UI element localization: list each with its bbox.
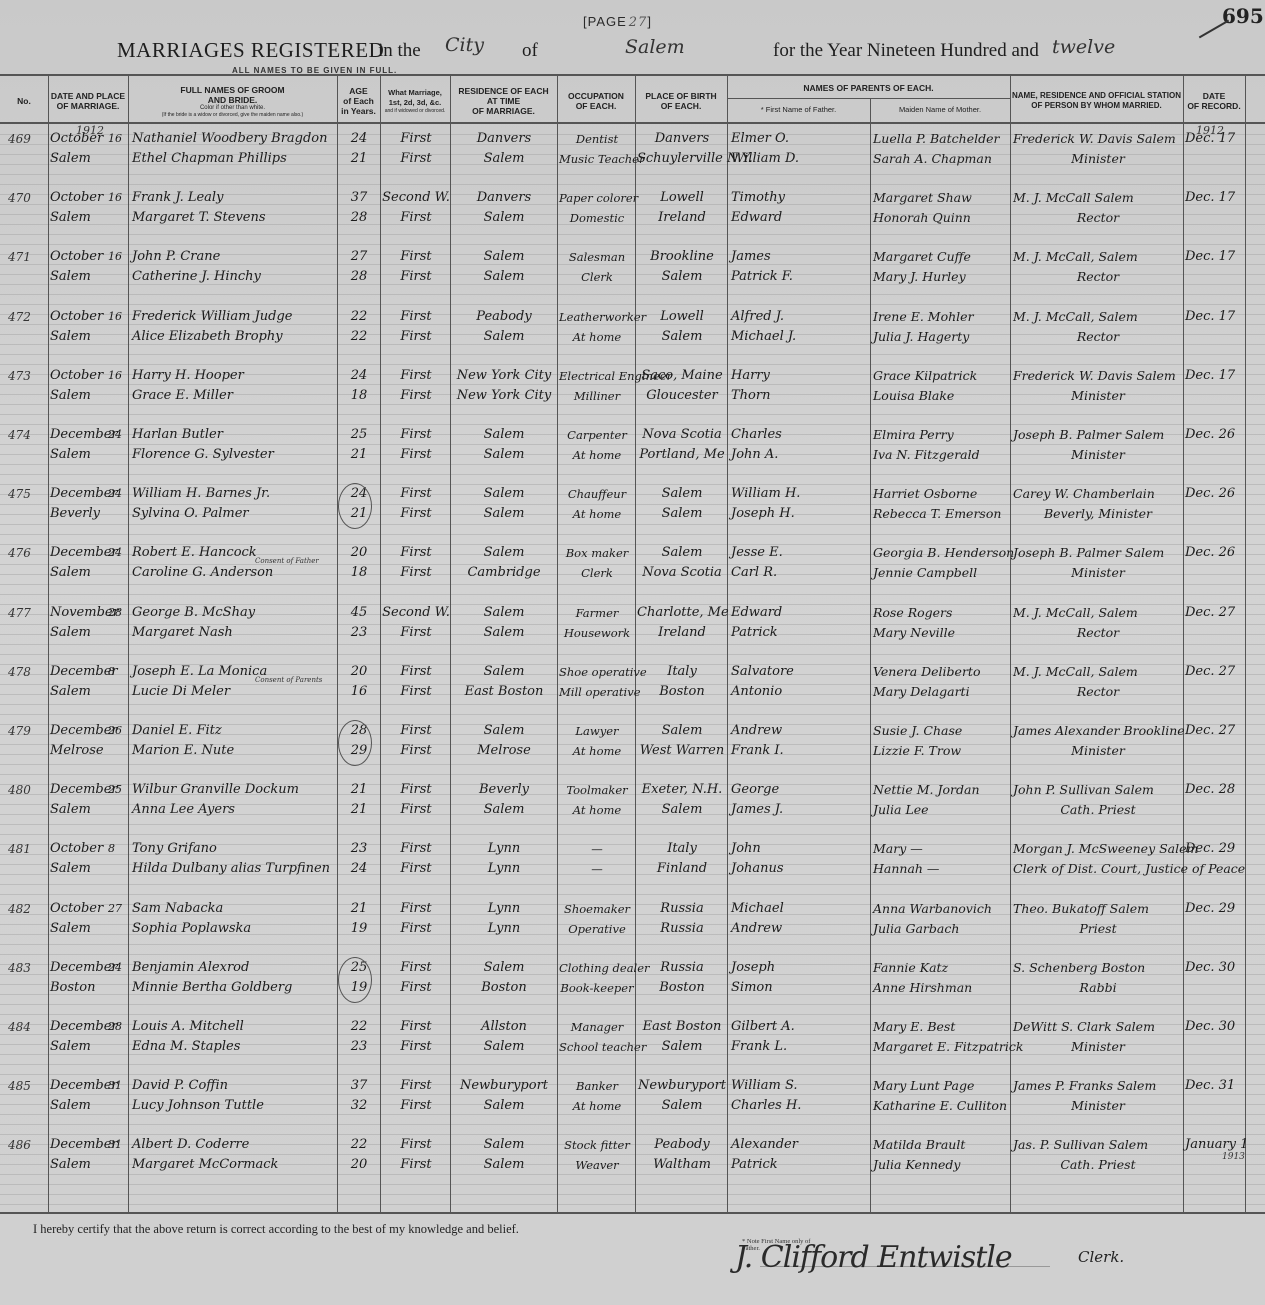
bride-mother: Louisa Blake bbox=[873, 385, 1010, 407]
ruled-line bbox=[0, 1194, 1265, 1195]
record-number: 472 bbox=[8, 306, 48, 328]
officiant-name: Jas. P. Sullivan Salem bbox=[1013, 1134, 1183, 1156]
bride-name: Margaret T. Stevens bbox=[132, 207, 337, 229]
groom-mother: Matilda Brault bbox=[873, 1134, 1010, 1156]
bride-occupation: At home bbox=[559, 740, 635, 762]
header-note: and if widowed or divorced. bbox=[385, 108, 446, 114]
bride-marriage-number: First bbox=[382, 977, 450, 999]
marriage-day: 24 bbox=[108, 957, 128, 979]
groom-birthplace: Russia bbox=[637, 957, 727, 979]
marriage-place: Salem bbox=[50, 1095, 126, 1117]
marriage-place: Salem bbox=[50, 326, 126, 348]
officiant-name: DeWitt S. Clark Salem bbox=[1013, 1016, 1183, 1038]
header-label: PLACE OF BIRTH bbox=[645, 91, 716, 101]
groom-residence: Salem bbox=[452, 542, 556, 564]
bride-name: Caroline G. Anderson bbox=[132, 562, 337, 584]
groom-occupation: Salesman bbox=[559, 246, 635, 268]
groom-occupation: Leatherworker bbox=[559, 306, 635, 328]
bride-marriage-number: First bbox=[382, 918, 450, 940]
bride-father: Patrick bbox=[731, 1154, 870, 1176]
table-row: 474December24SalemHarlan ButlerFlorence … bbox=[0, 420, 1265, 479]
bride-marriage-number: First bbox=[382, 799, 450, 821]
groom-occupation: Dentist bbox=[559, 128, 635, 150]
bride-age: 21 bbox=[342, 799, 376, 821]
officiant-name: James P. Franks Salem bbox=[1013, 1075, 1183, 1097]
bride-age: 23 bbox=[342, 1036, 376, 1058]
groom-father: Elmer O. bbox=[731, 128, 870, 150]
marriage-day: 24 bbox=[108, 542, 128, 564]
header-label: FULL NAMES OF GROOM bbox=[180, 85, 284, 95]
bride-father: Patrick bbox=[731, 622, 870, 644]
header-label: AGE bbox=[349, 86, 367, 96]
groom-father: Harry bbox=[731, 365, 870, 387]
groom-residence: Salem bbox=[452, 720, 556, 742]
bride-marriage-number: First bbox=[382, 326, 450, 348]
groom-name: William H. Barnes Jr. bbox=[132, 483, 337, 505]
groom-father: Michael bbox=[731, 898, 870, 920]
marriage-place: Melrose bbox=[50, 740, 126, 762]
bride-residence: Salem bbox=[452, 444, 556, 466]
certification-text: I hereby certify that the above return i… bbox=[33, 1222, 519, 1237]
bride-residence: Salem bbox=[452, 503, 556, 525]
groom-mother: Fannie Katz bbox=[873, 957, 1010, 979]
bride-name: Anna Lee Ayers bbox=[132, 799, 337, 821]
header-note: (If the bride is a widow or divorced, gi… bbox=[162, 112, 303, 118]
officiant-name: Carey W. Chamberlain bbox=[1013, 483, 1183, 505]
officiant-title: Beverly, Minister bbox=[1013, 503, 1183, 525]
register-table: No. DATE AND PLACE OF MARRIAGE. FULL NAM… bbox=[0, 74, 1265, 1214]
officiant-title: Minister bbox=[1013, 1095, 1183, 1117]
groom-father: Joseph bbox=[731, 957, 870, 979]
bride-mother: Julia Garbach bbox=[873, 918, 1010, 940]
groom-age: 45 bbox=[342, 602, 376, 624]
record-date: Dec. 31 bbox=[1185, 1075, 1245, 1097]
groom-marriage-number: Second W. bbox=[382, 602, 450, 624]
table-row: 482October27SalemSam NabackaSophia Popla… bbox=[0, 894, 1265, 953]
header-what-marriage: What Marriage, 1st, 2d, 3d, &c. and if w… bbox=[380, 82, 450, 120]
bride-marriage-number: First bbox=[382, 385, 450, 407]
groom-name: John P. Crane bbox=[132, 246, 337, 268]
bride-residence: Cambridge bbox=[452, 562, 556, 584]
bride-father: Antonio bbox=[731, 681, 870, 703]
bride-name: Margaret Nash bbox=[132, 622, 337, 644]
groom-age: 27 bbox=[342, 246, 376, 268]
officiant-title: Minister bbox=[1013, 148, 1183, 170]
header-birthplace: PLACE OF BIRTH OF EACH. bbox=[635, 82, 727, 120]
officiant-title: Minister bbox=[1013, 444, 1183, 466]
bride-mother: Julia Kennedy bbox=[873, 1154, 1010, 1176]
groom-father: Gilbert A. bbox=[731, 1016, 870, 1038]
bride-father: Frank I. bbox=[731, 740, 870, 762]
officiant-name: Joseph B. Palmer Salem bbox=[1013, 542, 1183, 564]
bride-mother: Margaret E. Fitzpatrick bbox=[873, 1036, 1010, 1058]
bride-residence: Salem bbox=[452, 148, 556, 170]
bride-residence: Salem bbox=[452, 207, 556, 229]
header-label: AND BRIDE. bbox=[208, 95, 258, 105]
officiant-name: M. J. McCall Salem bbox=[1013, 187, 1183, 209]
marriage-day: 31 bbox=[108, 1134, 128, 1156]
bride-marriage-number: First bbox=[382, 681, 450, 703]
bride-name: Sylvina O. Palmer bbox=[132, 503, 337, 525]
bride-birthplace: Ireland bbox=[637, 622, 727, 644]
bride-age: 23 bbox=[342, 622, 376, 644]
bride-marriage-number: First bbox=[382, 1036, 450, 1058]
bride-age: 22 bbox=[342, 326, 376, 348]
record-number: 477 bbox=[8, 602, 48, 624]
officiant-title: Rector bbox=[1013, 326, 1183, 348]
marriage-day: 25 bbox=[108, 779, 128, 801]
circled-ages-mark bbox=[338, 483, 372, 529]
officiant-name: Morgan J. McSweeney Salem bbox=[1013, 838, 1183, 860]
header-label: DATE AND PLACE bbox=[51, 91, 125, 101]
bride-residence: Lynn bbox=[452, 918, 556, 940]
record-date: Dec. 29 bbox=[1185, 838, 1245, 860]
record-date: Dec. 29 bbox=[1185, 898, 1245, 920]
bride-mother: Katharine E. Culliton bbox=[873, 1095, 1010, 1117]
record-number: 479 bbox=[8, 720, 48, 742]
bride-mother: Sarah A. Chapman bbox=[873, 148, 1010, 170]
groom-occupation: Carpenter bbox=[559, 424, 635, 446]
header-officiant: NAME, RESIDENCE AND OFFICIAL STATION OF … bbox=[1010, 82, 1183, 120]
record-number: 485 bbox=[8, 1075, 48, 1097]
marriage-day: 28 bbox=[108, 602, 128, 624]
header-note: Color if other than white. bbox=[200, 105, 265, 112]
marriage-place: Salem bbox=[50, 562, 126, 584]
bride-occupation: At home bbox=[559, 1095, 635, 1117]
page-label: [PAGE bbox=[583, 14, 627, 29]
bride-marriage-number: First bbox=[382, 740, 450, 762]
bride-occupation: Weaver bbox=[559, 1154, 635, 1176]
bride-residence: East Boston bbox=[452, 681, 556, 703]
groom-name: Albert D. Coderre bbox=[132, 1134, 337, 1156]
header-label: DATE bbox=[1203, 91, 1226, 101]
groom-mother: Irene E. Mohler bbox=[873, 306, 1010, 328]
bride-age: 32 bbox=[342, 1095, 376, 1117]
bride-birthplace: Salem bbox=[637, 1095, 727, 1117]
header-label: OF EACH. bbox=[576, 101, 617, 111]
marriage-day: 16 bbox=[108, 187, 128, 209]
groom-birthplace: Brookline bbox=[637, 246, 727, 268]
header-label: of Each bbox=[343, 96, 374, 106]
groom-residence: Salem bbox=[452, 246, 556, 268]
bride-residence: Salem bbox=[452, 622, 556, 644]
groom-marriage-number: First bbox=[382, 661, 450, 683]
bride-occupation: Book-keeper bbox=[559, 977, 635, 999]
record-date: Dec. 17 bbox=[1185, 306, 1245, 328]
header-label: 1st, 2d, 3d, &c. bbox=[389, 98, 442, 108]
header-father: * First Name of Father. bbox=[727, 100, 870, 120]
bride-birthplace: Portland, Me bbox=[637, 444, 727, 466]
bride-occupation: — bbox=[559, 858, 635, 880]
groom-mother: Grace Kilpatrick bbox=[873, 365, 1010, 387]
bride-mother: Julia Lee bbox=[873, 799, 1010, 821]
record-date: Dec. 17 bbox=[1185, 246, 1245, 268]
groom-father: James bbox=[731, 246, 870, 268]
bride-age: 20 bbox=[342, 1154, 376, 1176]
bride-father: Charles H. bbox=[731, 1095, 870, 1117]
bride-name: Edna M. Staples bbox=[132, 1036, 337, 1058]
groom-birthplace: Exeter, N.H. bbox=[637, 779, 727, 801]
groom-age: 25 bbox=[342, 424, 376, 446]
page-number: [PAGE27] bbox=[583, 14, 652, 30]
table-row: 480December25SalemWilbur Granville Docku… bbox=[0, 775, 1265, 834]
bride-marriage-number: First bbox=[382, 1154, 450, 1176]
bride-father: William D. bbox=[731, 148, 870, 170]
groom-mother: Georgia B. Henderson bbox=[873, 542, 1010, 564]
bride-birthplace: Salem bbox=[637, 503, 727, 525]
header-label: NAMES OF PARENTS OF EACH. bbox=[803, 83, 933, 93]
bride-residence: New York City bbox=[452, 385, 556, 407]
groom-residence: Danvers bbox=[452, 187, 556, 209]
groom-birthplace: Peabody bbox=[637, 1134, 727, 1156]
record-number: 478 bbox=[8, 661, 48, 683]
bride-occupation: Domestic bbox=[559, 207, 635, 229]
marriage-day: 28 bbox=[108, 1016, 128, 1038]
table-row: 484December28SalemLouis A. MitchellEdna … bbox=[0, 1012, 1265, 1071]
bride-birthplace: West Warren bbox=[637, 740, 727, 762]
header-no: No. bbox=[0, 82, 48, 120]
header-label: in Years. bbox=[341, 106, 376, 116]
groom-residence: Peabody bbox=[452, 306, 556, 328]
record-number: 486 bbox=[8, 1134, 48, 1156]
groom-birthplace: Italy bbox=[637, 838, 727, 860]
groom-marriage-number: First bbox=[382, 128, 450, 150]
groom-name: George B. McShay bbox=[132, 602, 337, 624]
bride-mother: Mary Delagarti bbox=[873, 681, 1010, 703]
groom-occupation: Paper colorer bbox=[559, 187, 635, 209]
bride-name: Florence G. Sylvester bbox=[132, 444, 337, 466]
marriage-place: Salem bbox=[50, 207, 126, 229]
bride-residence: Salem bbox=[452, 1036, 556, 1058]
groom-age: 22 bbox=[342, 1016, 376, 1038]
record-number: 483 bbox=[8, 957, 48, 979]
table-row: 470October16SalemFrank J. LealyMargaret … bbox=[0, 183, 1265, 242]
groom-father: William S. bbox=[731, 1075, 870, 1097]
groom-marriage-number: First bbox=[382, 306, 450, 328]
marriage-place: Salem bbox=[50, 385, 126, 407]
groom-name: Harry H. Hooper bbox=[132, 365, 337, 387]
bride-occupation: At home bbox=[559, 326, 635, 348]
bride-residence: Salem bbox=[452, 1154, 556, 1176]
marriage-place: Salem bbox=[50, 1154, 126, 1176]
groom-marriage-number: First bbox=[382, 424, 450, 446]
groom-birthplace: Salem bbox=[637, 542, 727, 564]
groom-birthplace: Newburyport bbox=[637, 1075, 727, 1097]
header-label: OF MARRIAGE. bbox=[57, 101, 120, 111]
bride-birthplace: Salem bbox=[637, 1036, 727, 1058]
groom-name: David P. Coffin bbox=[132, 1075, 337, 1097]
bride-mother: Rebecca T. Emerson bbox=[873, 503, 1010, 525]
groom-name: Daniel E. Fitz bbox=[132, 720, 337, 742]
marriage-place: Salem bbox=[50, 622, 126, 644]
groom-age: 24 bbox=[342, 128, 376, 150]
groom-marriage-number: Second W. bbox=[382, 187, 450, 209]
groom-birthplace: Salem bbox=[637, 483, 727, 505]
groom-name: Harlan Butler bbox=[132, 424, 337, 446]
officiant-title: Minister bbox=[1013, 562, 1183, 584]
marriage-day: 24 bbox=[108, 483, 128, 505]
bride-mother: Julia J. Hagerty bbox=[873, 326, 1010, 348]
groom-residence: Salem bbox=[452, 957, 556, 979]
groom-marriage-number: First bbox=[382, 720, 450, 742]
groom-residence: Salem bbox=[452, 661, 556, 683]
bride-mother: Mary J. Hurley bbox=[873, 266, 1010, 288]
header-label: OF PERSON BY WHOM MARRIED. bbox=[1031, 101, 1162, 111]
table-row: 486December31SalemAlbert D. CoderreMarga… bbox=[0, 1130, 1265, 1189]
groom-name: Frank J. Lealy bbox=[132, 187, 337, 209]
record-number: 470 bbox=[8, 187, 48, 209]
record-number: 474 bbox=[8, 424, 48, 446]
groom-marriage-number: First bbox=[382, 483, 450, 505]
marriage-place: Salem bbox=[50, 444, 126, 466]
header-date-place: DATE AND PLACE OF MARRIAGE. bbox=[48, 82, 128, 120]
bride-father: Johanus bbox=[731, 858, 870, 880]
record-number: 471 bbox=[8, 246, 48, 268]
groom-mother: Harriet Osborne bbox=[873, 483, 1010, 505]
officiant-name: James Alexander Brookline bbox=[1013, 720, 1183, 742]
bride-age: 28 bbox=[342, 266, 376, 288]
bride-mother: Jennie Campbell bbox=[873, 562, 1010, 584]
groom-marriage-number: First bbox=[382, 1016, 450, 1038]
record-number: 473 bbox=[8, 365, 48, 387]
bride-name: Alice Elizabeth Brophy bbox=[132, 326, 337, 348]
bride-birthplace: Schuylerville N.Y. bbox=[637, 148, 727, 170]
groom-birthplace: Charlotte, Me bbox=[637, 602, 727, 624]
groom-residence: Salem bbox=[452, 602, 556, 624]
bride-age: 19 bbox=[342, 918, 376, 940]
groom-birthplace: Lowell bbox=[637, 187, 727, 209]
groom-mother: Venera Deliberto bbox=[873, 661, 1010, 683]
bride-birthplace: Waltham bbox=[637, 1154, 727, 1176]
header-parents: NAMES OF PARENTS OF EACH. bbox=[727, 78, 1010, 98]
officiant-name: Joseph B. Palmer Salem bbox=[1013, 424, 1183, 446]
record-date: January 1 bbox=[1185, 1134, 1245, 1156]
record-date: Dec. 30 bbox=[1185, 957, 1245, 979]
officiant-name: M. J. McCall, Salem bbox=[1013, 602, 1183, 624]
bride-birthplace: Salem bbox=[637, 266, 727, 288]
groom-name: Wilbur Granville Dockum bbox=[132, 779, 337, 801]
header-residence: RESIDENCE OF EACH AT TIME OF MARRIAGE. bbox=[450, 82, 557, 120]
groom-birthplace: Russia bbox=[637, 898, 727, 920]
record-date: Dec. 17 bbox=[1185, 365, 1245, 387]
groom-marriage-number: First bbox=[382, 838, 450, 860]
officiant-name: M. J. McCall, Salem bbox=[1013, 306, 1183, 328]
title-of: of bbox=[522, 40, 538, 62]
groom-occupation: Electrical Engineer bbox=[559, 365, 635, 387]
bride-birthplace: Finland bbox=[637, 858, 727, 880]
groom-mother: Nettie M. Jordan bbox=[873, 779, 1010, 801]
record-date: Dec. 27 bbox=[1185, 661, 1245, 683]
groom-occupation: Shoe operative bbox=[559, 661, 635, 683]
table-row: 479December26MelroseDaniel E. FitzMarion… bbox=[0, 716, 1265, 775]
groom-occupation: Box maker bbox=[559, 542, 635, 564]
groom-marriage-number: First bbox=[382, 1075, 450, 1097]
groom-father: Charles bbox=[731, 424, 870, 446]
groom-father: Alexander bbox=[731, 1134, 870, 1156]
groom-father: Edward bbox=[731, 602, 870, 624]
officiant-name: M. J. McCall, Salem bbox=[1013, 246, 1183, 268]
header-label: What Marriage, bbox=[388, 88, 442, 98]
groom-marriage-number: First bbox=[382, 898, 450, 920]
bride-mother: Mary Neville bbox=[873, 622, 1010, 644]
groom-father: Timothy bbox=[731, 187, 870, 209]
groom-mother: Rose Rogers bbox=[873, 602, 1010, 624]
bride-name: Ethel Chapman Phillips bbox=[132, 148, 337, 170]
bride-occupation: Mill operative bbox=[559, 681, 635, 703]
record-number: 469 bbox=[8, 128, 48, 150]
bride-age: 18 bbox=[342, 562, 376, 584]
record-date: Dec. 17 bbox=[1185, 187, 1245, 209]
groom-occupation: Lawyer bbox=[559, 720, 635, 742]
groom-marriage-number: First bbox=[382, 1134, 450, 1156]
groom-occupation: Chauffeur bbox=[559, 483, 635, 505]
bride-marriage-number: First bbox=[382, 207, 450, 229]
header-label: OF EACH. bbox=[661, 101, 702, 111]
officiant-title: Minister bbox=[1013, 1036, 1183, 1058]
marriage-place: Salem bbox=[50, 681, 126, 703]
bride-father: Patrick F. bbox=[731, 266, 870, 288]
bride-birthplace: Boston bbox=[637, 681, 727, 703]
bride-occupation: Clerk bbox=[559, 562, 635, 584]
bride-name: Minnie Bertha Goldberg bbox=[132, 977, 337, 999]
officiant-title: Rector bbox=[1013, 266, 1183, 288]
bride-name: Lucie Di Meler bbox=[132, 681, 337, 703]
table-row: 478December8SalemJoseph E. La MonicaLuci… bbox=[0, 657, 1265, 716]
groom-age: 20 bbox=[342, 661, 376, 683]
marriage-day: 31 bbox=[108, 1075, 128, 1097]
bride-occupation: School teacher bbox=[559, 1036, 635, 1058]
bride-father: Joseph H. bbox=[731, 503, 870, 525]
bride-marriage-number: First bbox=[382, 858, 450, 880]
record-number: 481 bbox=[8, 838, 48, 860]
bride-age: 21 bbox=[342, 444, 376, 466]
groom-residence: Danvers bbox=[452, 128, 556, 150]
groom-mother: Mary Lunt Page bbox=[873, 1075, 1010, 1097]
bride-residence: Lynn bbox=[452, 858, 556, 880]
bride-occupation: At home bbox=[559, 503, 635, 525]
bride-name: Margaret McCormack bbox=[132, 1154, 337, 1176]
bride-father: Michael J. bbox=[731, 326, 870, 348]
bride-marriage-number: First bbox=[382, 266, 450, 288]
bride-name: Catherine J. Hinchy bbox=[132, 266, 337, 288]
header-date-record: DATE OF RECORD. bbox=[1183, 82, 1245, 120]
groom-residence: Lynn bbox=[452, 898, 556, 920]
groom-age: 21 bbox=[342, 898, 376, 920]
table-row: 476December24SalemRobert E. HancockCarol… bbox=[0, 538, 1265, 597]
municipality-name: Salem bbox=[625, 36, 685, 58]
marriage-place: Boston bbox=[50, 977, 126, 999]
groom-birthplace: Nova Scotia bbox=[637, 424, 727, 446]
record-date: Dec. 27 bbox=[1185, 720, 1245, 742]
groom-mother: Mary E. Best bbox=[873, 1016, 1010, 1038]
header-mother: Maiden Name of Mother. bbox=[870, 100, 1010, 120]
groom-father: John bbox=[731, 838, 870, 860]
groom-residence: Allston bbox=[452, 1016, 556, 1038]
bride-birthplace: Salem bbox=[637, 799, 727, 821]
municipality-type: City bbox=[445, 34, 484, 56]
groom-age: 24 bbox=[342, 365, 376, 387]
marriage-day: 27 bbox=[108, 898, 128, 920]
bride-mother: Lizzie F. Trow bbox=[873, 740, 1010, 762]
record-date: Dec. 26 bbox=[1185, 424, 1245, 446]
groom-father: Alfred J. bbox=[731, 306, 870, 328]
bride-residence: Salem bbox=[452, 1095, 556, 1117]
groom-age: 22 bbox=[342, 1134, 376, 1156]
bride-name: Marion E. Nute bbox=[132, 740, 337, 762]
officiant-title: Clerk of Dist. Court, Justice of Peace bbox=[1013, 858, 1183, 880]
record-number: 482 bbox=[8, 898, 48, 920]
record-date: Dec. 26 bbox=[1185, 542, 1245, 564]
